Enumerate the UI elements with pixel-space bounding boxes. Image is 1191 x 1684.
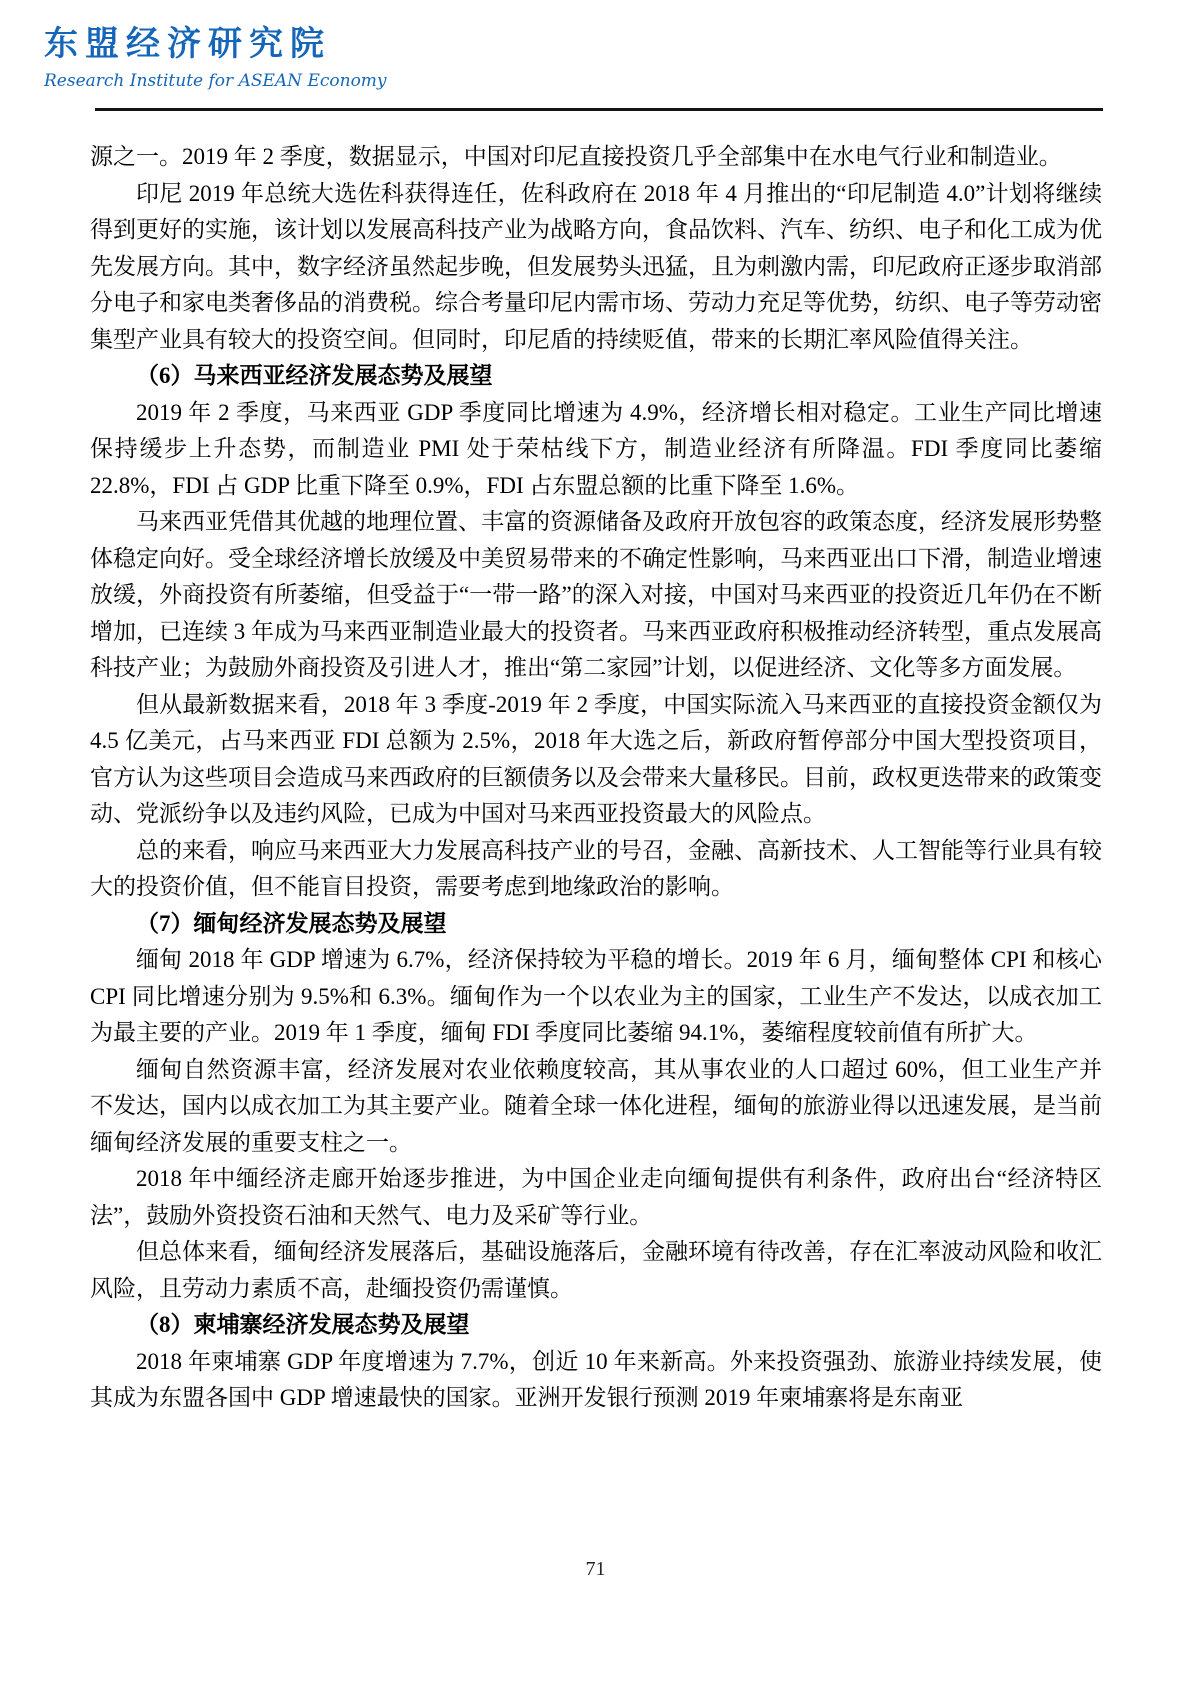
paragraph: 总的来看，响应马来西亚大力发展高科技产业的号召，金融、高新技术、人工智能等行业具… — [90, 833, 1102, 906]
paragraph: 2018 年中缅经济走廊开始逐步推进，为中国企业走向缅甸提供有利条件，政府出台“… — [90, 1161, 1102, 1234]
institute-logo: 东盟经济研究院 Research Institute for ASEAN Eco… — [44, 26, 387, 91]
section-heading-8: （8）柬埔寨经济发展态势及展望 — [90, 1307, 1102, 1344]
paragraph: 印尼 2019 年总统大选佐科获得连任，佐科政府在 2018 年 4 月推出的“… — [90, 176, 1102, 359]
document-body: 源之一。2019 年 2 季度，数据显示，中国对印尼直接投资几乎全部集中在水电气… — [90, 139, 1102, 1417]
institute-logo-english-name: Research Institute for ASEAN Economy — [44, 71, 387, 91]
paragraph: 缅甸 2018 年 GDP 增速为 6.7%，经济保持较为平稳的增长。2019 … — [90, 942, 1102, 1052]
paragraph: 2018 年柬埔寨 GDP 年度增速为 7.7%，创近 10 年来新高。外来投资… — [90, 1344, 1102, 1417]
paragraph: 2019 年 2 季度，马来西亚 GDP 季度同比增速为 4.9%，经济增长相对… — [90, 395, 1102, 505]
paragraph: 但总体来看，缅甸经济发展落后，基础设施落后，金融环境有待改善，存在汇率波动风险和… — [90, 1234, 1102, 1307]
page-number: 71 — [0, 1558, 1191, 1581]
section-heading-7: （7）缅甸经济发展态势及展望 — [90, 906, 1102, 943]
section-heading-6: （6）马来西亚经济发展态势及展望 — [90, 358, 1102, 395]
paragraph: 马来西亚凭借其优越的地理位置、丰富的资源储备及政府开放包容的政策态度，经济发展形… — [90, 504, 1102, 687]
header-divider-rule — [95, 108, 1103, 111]
paragraph: 缅甸自然资源丰富，经济发展对农业依赖度较高，其从事农业的人口超过 60%，但工业… — [90, 1052, 1102, 1162]
paragraph: 但从最新数据来看，2018 年 3 季度-2019 年 2 季度，中国实际流入马… — [90, 687, 1102, 833]
document-page: 东盟经济研究院 Research Institute for ASEAN Eco… — [0, 0, 1191, 1684]
paragraph: 源之一。2019 年 2 季度，数据显示，中国对印尼直接投资几乎全部集中在水电气… — [90, 139, 1102, 176]
institute-logo-chinese-name: 东盟经济研究院 — [44, 26, 387, 63]
